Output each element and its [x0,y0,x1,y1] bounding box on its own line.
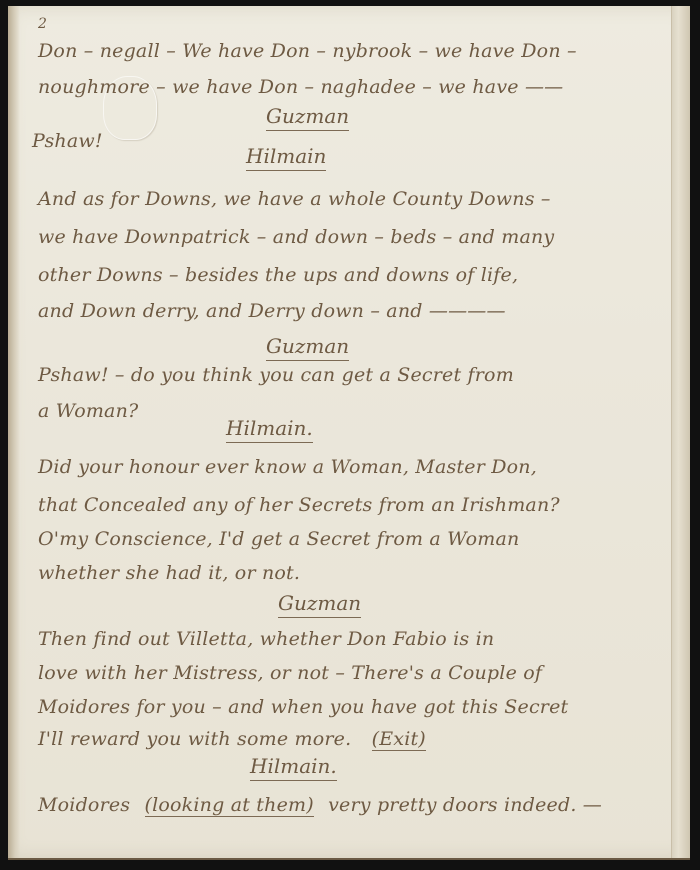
speaker-guzman-1: Guzman [266,104,349,131]
line-18-rest: very pretty doors indeed. — [328,794,602,816]
manuscript-page: 2 Don – negall – We have Don – nybrook –… [8,6,690,860]
line-16: Moidores for you – and when you have got… [38,696,568,718]
line-13: whether she had it, or not. [38,562,300,584]
binding-shadow [8,6,20,858]
line-4: And as for Downs, we have a whole County… [38,188,551,210]
speaker-guzman-3: Guzman [278,591,361,618]
line-9: a Woman? [38,400,138,422]
line-14: Then find out Villetta, whether Don Fabi… [38,628,494,650]
line-15: love with her Mistress, or not – There's… [38,662,542,684]
viewer-frame: 2 Don – negall – We have Don – nybrook –… [0,0,700,870]
line-3: Pshaw! [32,130,103,152]
line-18-word: Moidores [38,794,130,816]
page-number: 2 [38,16,47,32]
line-12: O'my Conscience, I'd get a Secret from a… [38,528,519,550]
speaker-guzman-2: Guzman [266,334,349,361]
speaker-hilmain-1: Hilmain [246,144,326,171]
line-7: and Down derry, and Derry down – and ———… [38,300,506,322]
line-11: that Concealed any of her Secrets from a… [38,494,560,516]
speaker-hilmain-3: Hilmain. [250,754,337,781]
line-17: I'll reward you with some more. (Exit) [38,728,426,750]
stage-direction-looking: (looking at them) [145,794,314,817]
line-2: noughmore – we have Don – naghadee – we … [38,76,563,98]
speaker-hilmain-2: Hilmain. [226,416,313,443]
line-18: Moidores (looking at them) very pretty d… [38,794,602,816]
line-17-text: I'll reward you with some more. [38,728,351,750]
line-10: Did your honour ever know a Woman, Maste… [38,456,537,478]
line-6: other Downs – besides the ups and downs … [38,264,518,286]
facing-page-edge [671,6,690,858]
line-8: Pshaw! – do you think you can get a Secr… [38,364,514,386]
line-5: we have Downpatrick – and down – beds – … [38,226,554,248]
line-1: Don – negall – We have Don – nybrook – w… [38,40,577,62]
stage-direction-exit: (Exit) [372,728,426,751]
